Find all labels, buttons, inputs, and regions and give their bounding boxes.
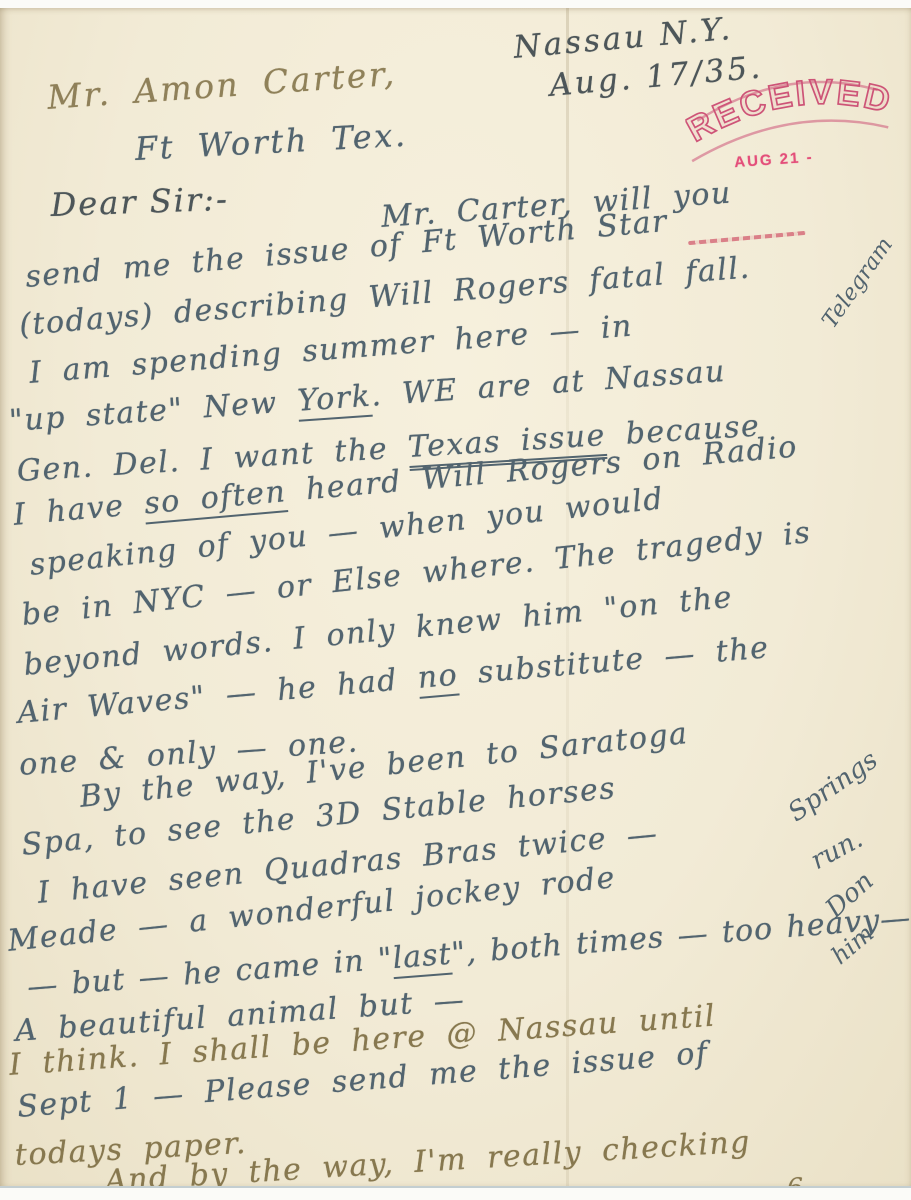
margin-word: Telegram xyxy=(818,233,898,333)
margin-word: Springs xyxy=(783,745,884,828)
stamp-label: RECEIVED xyxy=(682,67,900,151)
scan-edge-top xyxy=(0,0,911,8)
recipient-city: Ft Worth Tex. xyxy=(134,116,408,168)
salutation: Dear Sir:- xyxy=(50,180,229,224)
received-stamp: RECEIVED AUG 21 - xyxy=(682,65,903,190)
scan-edge-bottom xyxy=(0,1186,911,1200)
svg-text:RECEIVED: RECEIVED xyxy=(682,67,900,151)
recipient-name: Mr. Amon Carter, xyxy=(46,54,398,117)
red-pencil-mark xyxy=(688,231,806,245)
letter-paper: Nassau N.Y. Aug. 17/35. RECEIVED AUG 21 … xyxy=(0,8,911,1186)
